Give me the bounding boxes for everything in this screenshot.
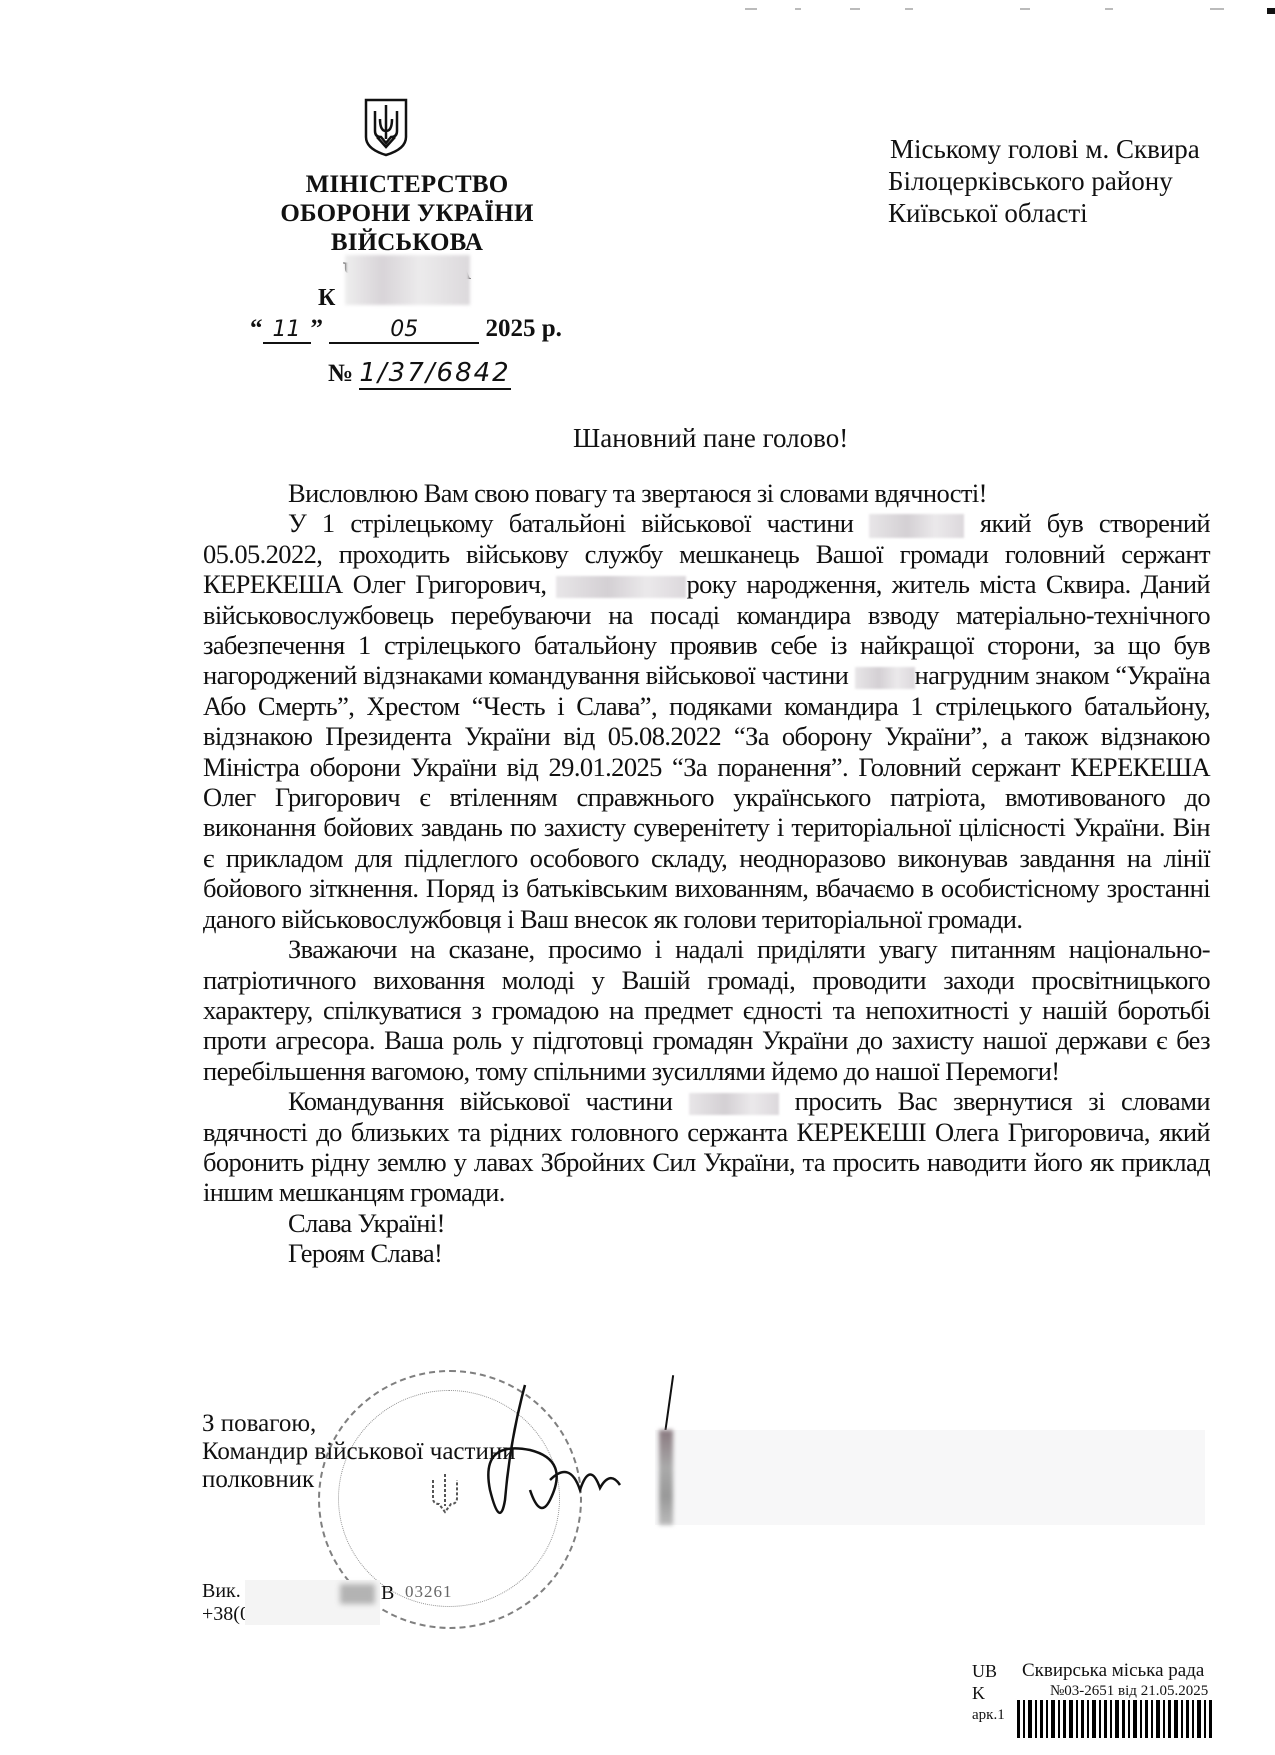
date-year: 2025 р. xyxy=(486,315,562,342)
scan-artifact xyxy=(850,8,860,10)
paragraph-4-part-a: Командування військової частини xyxy=(288,1086,672,1116)
redacted-unit-number xyxy=(869,514,964,538)
paragraph-2-part-a: У 1 стрілецькому батальйоні військової ч… xyxy=(288,508,853,538)
document-date: “11” 05 2025 р. xyxy=(250,315,562,344)
trident-coat-of-arms-icon xyxy=(363,97,409,157)
redacted-birth-date xyxy=(556,576,686,598)
number-label: № xyxy=(328,360,353,387)
recipient-line: Київської області xyxy=(888,197,1200,229)
paragraph-2-part-d: нагрудним знаком “Україна Або Смерть”, Х… xyxy=(203,660,1210,933)
paragraph-2: У 1 стрілецькому батальйоні військової ч… xyxy=(203,508,1210,934)
registration-code-line: K xyxy=(972,1682,1005,1704)
ministry-line: МІНІСТЕРСТВО xyxy=(272,170,542,199)
recipient-line: Міському голові м. Сквира xyxy=(888,133,1200,165)
recipient-block: Міському голові м. Сквира Білоцерківсько… xyxy=(888,133,1200,229)
ministry-line: ОБОРОНИ УКРАЇНИ xyxy=(272,199,542,228)
scan-artifact xyxy=(1210,8,1224,10)
scan-artifact xyxy=(795,8,801,10)
regards-text: З повагою, xyxy=(202,1410,516,1438)
redacted-unit-number xyxy=(855,667,915,689)
document-number: № 1/37/6842 xyxy=(328,358,511,390)
salutation: Шановний пане голово! xyxy=(573,423,848,454)
commander-rank: полковник xyxy=(202,1466,516,1494)
registration-code: UB K арк.1 xyxy=(972,1660,1005,1726)
scan-artifact xyxy=(1105,8,1113,10)
paragraph-4: Командування військової частини просить … xyxy=(203,1086,1210,1208)
quote-close: ” xyxy=(311,315,324,342)
number-value: 1/37/6842 xyxy=(359,358,510,390)
date-day: 11 xyxy=(263,317,311,344)
seal-code: 03261 xyxy=(405,1582,453,1602)
executor-label: Вик. xyxy=(202,1580,250,1603)
registration-barcode xyxy=(1017,1700,1275,1738)
quote-open: “ xyxy=(250,315,263,342)
executor-suffix: В xyxy=(381,1582,394,1605)
letter-body: Висловлюю Вам свою повагу та звертаюся з… xyxy=(203,478,1210,1269)
closing-glory-ukraine: Слава Україні! xyxy=(203,1208,1210,1238)
paragraph-3: Зважаючи на сказане, просимо і надалі пр… xyxy=(203,934,1210,1086)
closing-glory-heroes: Героям Слава! xyxy=(203,1238,1210,1268)
registration-sheet: арк.1 xyxy=(972,1704,1005,1726)
city-prefix: К xyxy=(318,285,335,312)
recipient-line: Білоцерківського району xyxy=(888,165,1200,197)
scan-corner-mark xyxy=(1267,8,1275,14)
signature-block: З повагою, Командир військової частини п… xyxy=(202,1410,516,1494)
registration-organization: Сквирська міська рада xyxy=(1022,1660,1204,1682)
scan-artifact xyxy=(1020,8,1030,10)
executor-phone: +38(0 xyxy=(202,1603,250,1626)
scan-artifact xyxy=(905,8,913,10)
redacted-unit-number xyxy=(345,255,470,305)
scan-artifact xyxy=(745,8,757,10)
redacted-executor-info xyxy=(340,1584,375,1604)
commander-position: Командир військової частини xyxy=(202,1438,516,1466)
redacted-commander-name xyxy=(655,1430,1205,1525)
paragraph-1: Висловлюю Вам свою повагу та звертаюся з… xyxy=(203,478,1210,508)
executor-block: Вик. +38(0 xyxy=(202,1580,250,1626)
registration-number: №03-2651 від 21.05.2025 xyxy=(1050,1683,1208,1700)
registration-code-line: UB xyxy=(972,1660,1005,1682)
redacted-unit-number xyxy=(689,1093,779,1115)
date-month: 05 xyxy=(329,317,479,344)
